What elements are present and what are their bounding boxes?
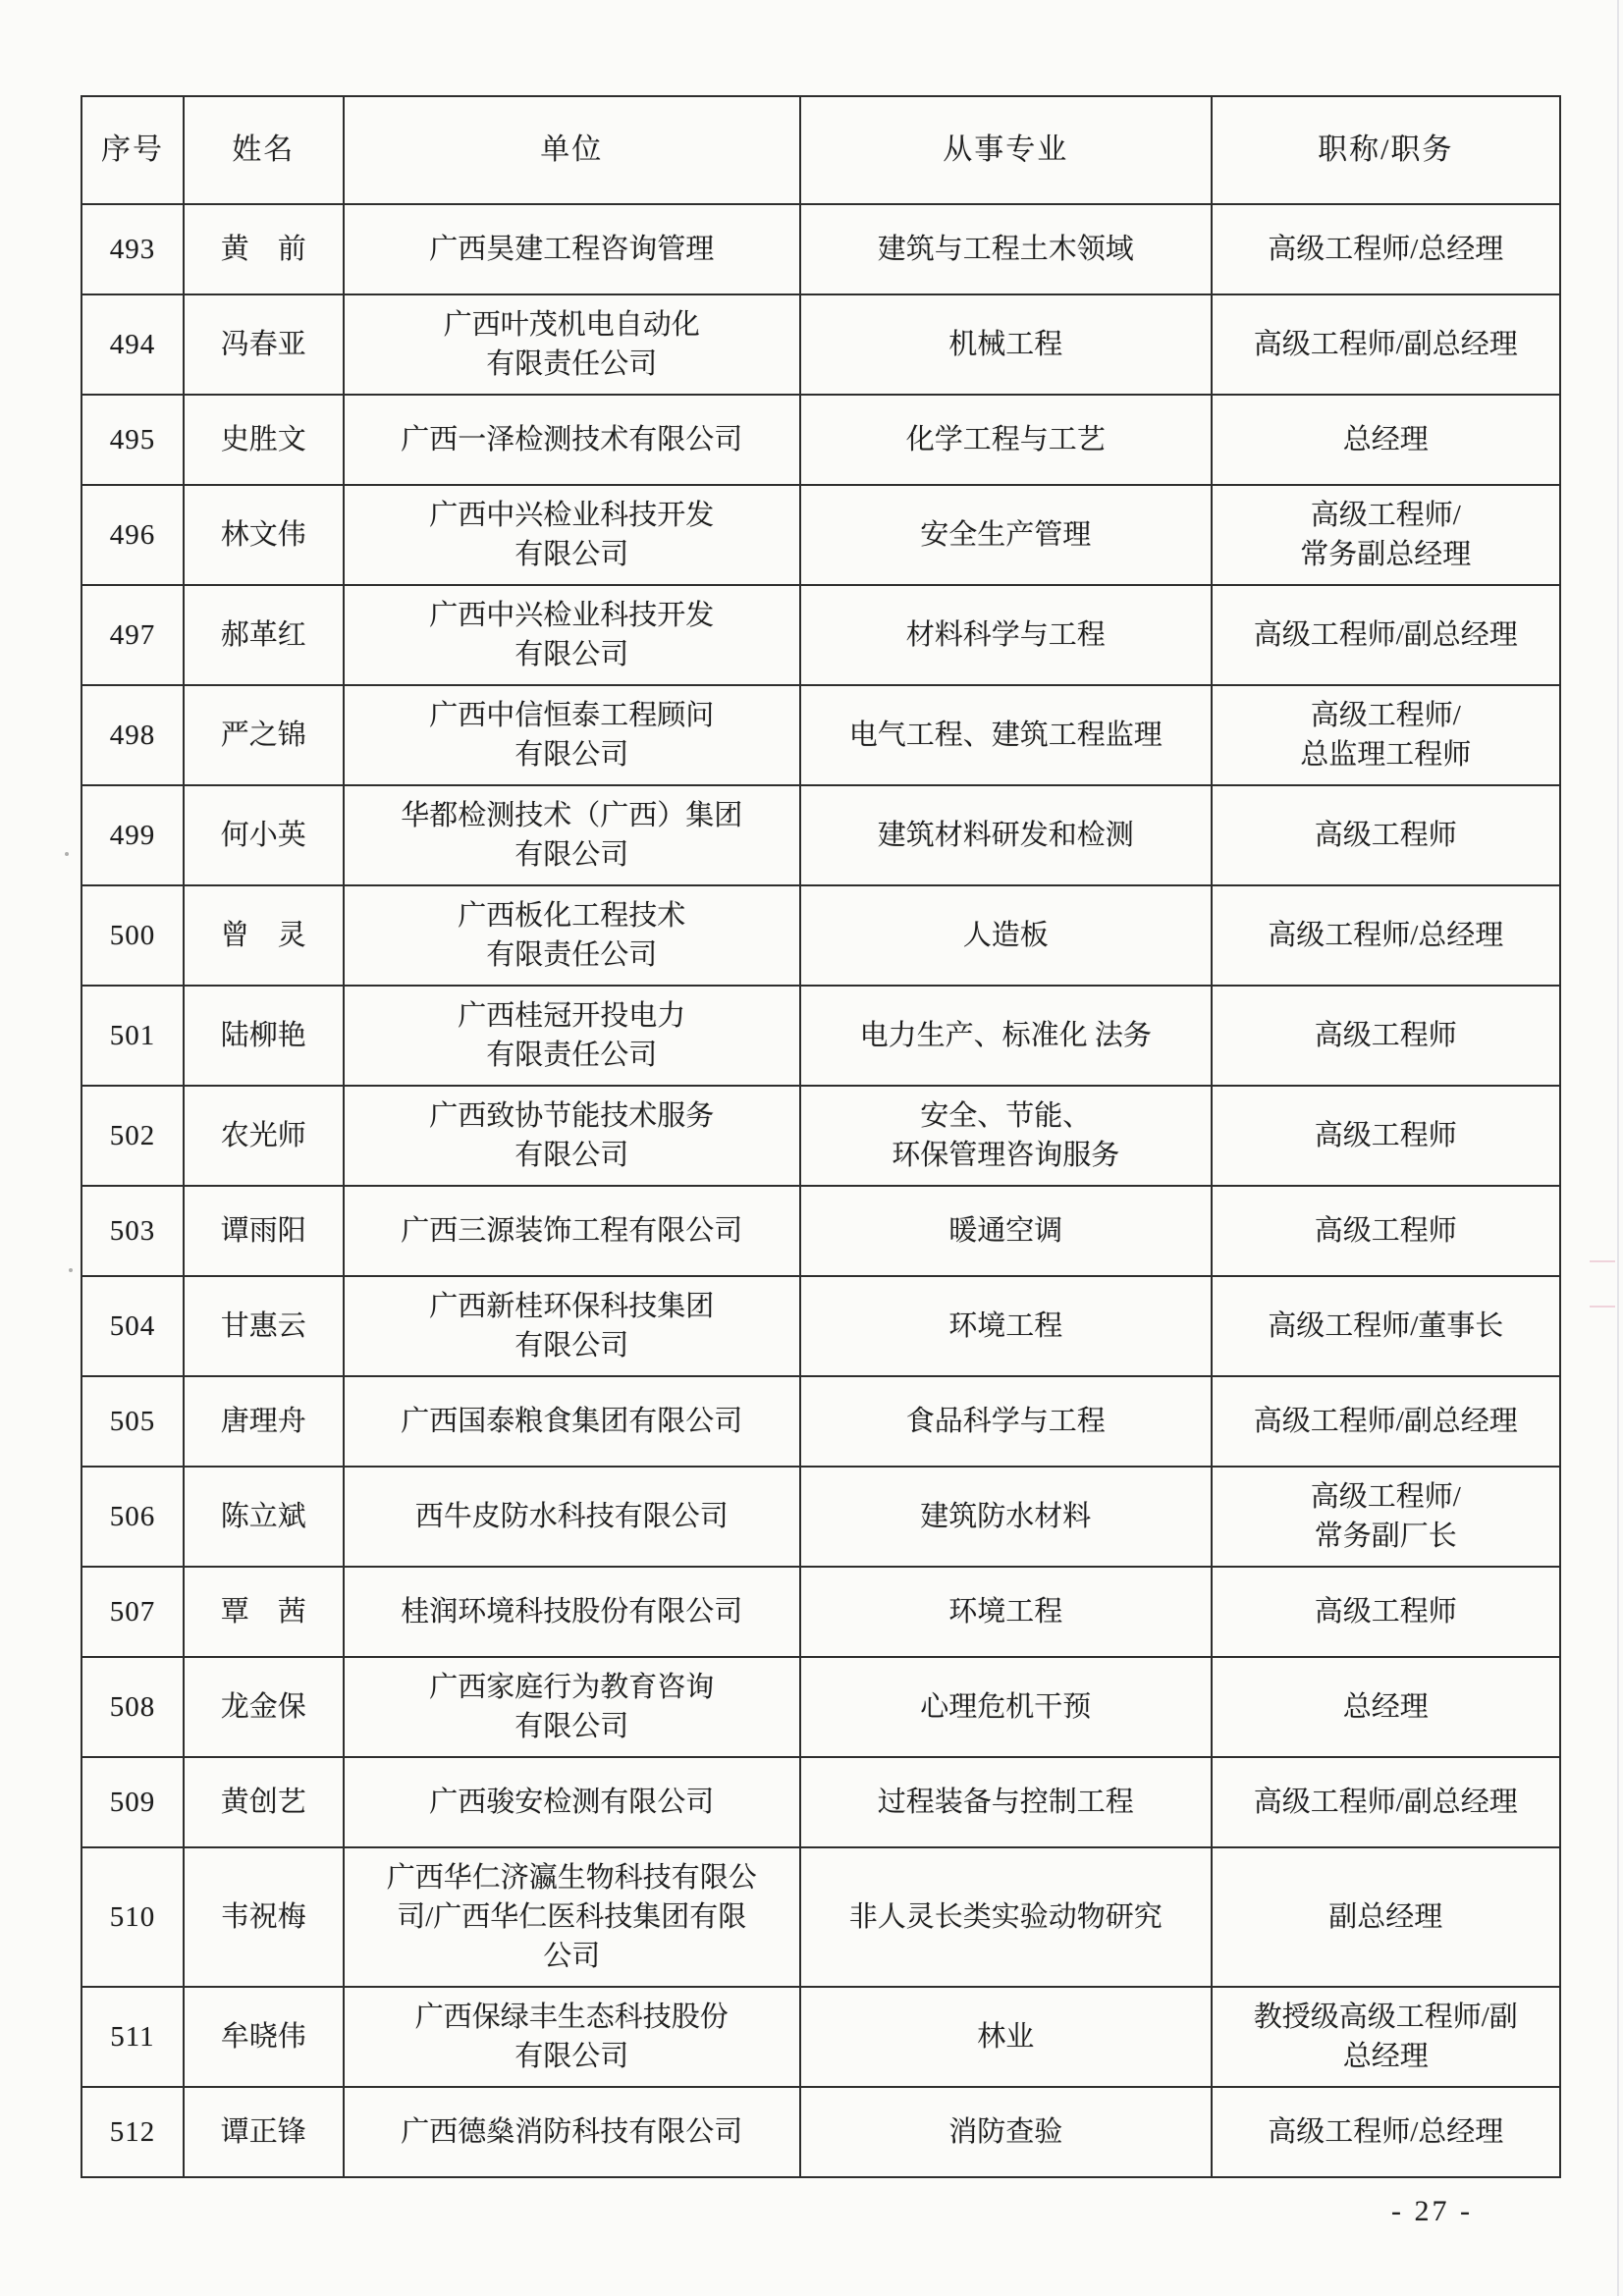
scan-speck xyxy=(69,1268,73,1272)
cell-title: 高级工程师/副总经理 xyxy=(1212,1757,1560,1847)
page-number: - 27 - xyxy=(1391,2195,1473,2228)
cell-title: 高级工程师/副总经理 xyxy=(1212,585,1560,685)
table-row: 506陈立斌西牛皮防水科技有限公司建筑防水材料高级工程师/ 常务副厂长 xyxy=(81,1467,1560,1567)
cell-org: 广西叶茂机电自动化 有限责任公司 xyxy=(344,294,800,395)
cell-name: 甘惠云 xyxy=(184,1276,344,1376)
column-header-no: 序号 xyxy=(81,96,184,204)
cell-name: 陈立斌 xyxy=(184,1467,344,1567)
cell-org: 广西三源装饰工程有限公司 xyxy=(344,1186,800,1276)
cell-field: 机械工程 xyxy=(800,294,1212,395)
cell-no: 497 xyxy=(81,585,184,685)
table-row: 503谭雨阳广西三源装饰工程有限公司暖通空调高级工程师 xyxy=(81,1186,1560,1276)
cell-no: 500 xyxy=(81,885,184,986)
cell-field: 建筑防水材料 xyxy=(800,1467,1212,1567)
cell-name: 黄 前 xyxy=(184,204,344,294)
cell-field: 心理危机干预 xyxy=(800,1657,1212,1757)
cell-no: 506 xyxy=(81,1467,184,1567)
table-row: 511牟晓伟广西保绿丰生态科技股份 有限公司林业教授级高级工程师/副 总经理 xyxy=(81,1987,1560,2087)
cell-name: 牟晓伟 xyxy=(184,1987,344,2087)
cell-no: 499 xyxy=(81,785,184,885)
cell-no: 510 xyxy=(81,1847,184,1987)
cell-field: 非人灵长类实验动物研究 xyxy=(800,1847,1212,1987)
column-header-name: 姓名 xyxy=(184,96,344,204)
cell-no: 494 xyxy=(81,294,184,395)
cell-title: 高级工程师/ 常务副总经理 xyxy=(1212,485,1560,585)
scan-speck xyxy=(65,852,69,856)
cell-name: 史胜文 xyxy=(184,395,344,485)
cell-field: 化学工程与工艺 xyxy=(800,395,1212,485)
table-body: 493黄 前广西昊建工程咨询管理建筑与工程土木领域高级工程师/总经理494冯春亚… xyxy=(81,204,1560,2177)
scan-tick-artifact xyxy=(1590,1260,1615,1262)
table-row: 510韦祝梅广西华仁济瀛生物科技有限公 司/广西华仁医科技集团有限 公司非人灵长… xyxy=(81,1847,1560,1987)
cell-field: 建筑与工程土木领域 xyxy=(800,204,1212,294)
cell-title: 高级工程师/副总经理 xyxy=(1212,1376,1560,1467)
cell-field: 安全生产管理 xyxy=(800,485,1212,585)
cell-name: 曾 灵 xyxy=(184,885,344,986)
cell-no: 504 xyxy=(81,1276,184,1376)
cell-org: 广西板化工程技术 有限责任公司 xyxy=(344,885,800,986)
header-row: 序号姓名单位从事专业职称/职务 xyxy=(81,96,1560,204)
cell-field: 安全、节能、 环保管理咨询服务 xyxy=(800,1086,1212,1186)
cell-title: 高级工程师 xyxy=(1212,986,1560,1086)
cell-org: 广西新桂环保科技集团 有限公司 xyxy=(344,1276,800,1376)
cell-org: 广西骏安检测有限公司 xyxy=(344,1757,800,1847)
table-row: 499何小英华都检测技术（广西）集团 有限公司建筑材料研发和检测高级工程师 xyxy=(81,785,1560,885)
personnel-roster-table: 序号姓名单位从事专业职称/职务 493黄 前广西昊建工程咨询管理建筑与工程土木领… xyxy=(81,95,1561,2178)
cell-name: 谭雨阳 xyxy=(184,1186,344,1276)
cell-org: 广西国泰粮食集团有限公司 xyxy=(344,1376,800,1467)
scan-tick-artifact xyxy=(1590,1306,1615,1308)
cell-no: 493 xyxy=(81,204,184,294)
cell-title: 高级工程师/董事长 xyxy=(1212,1276,1560,1376)
cell-title: 高级工程师 xyxy=(1212,1567,1560,1657)
cell-field: 环境工程 xyxy=(800,1276,1212,1376)
cell-name: 谭正锋 xyxy=(184,2087,344,2177)
cell-org: 广西中信恒泰工程顾问 有限公司 xyxy=(344,685,800,785)
table-row: 508龙金保广西家庭行为教育咨询 有限公司心理危机干预总经理 xyxy=(81,1657,1560,1757)
cell-name: 覃 茜 xyxy=(184,1567,344,1657)
cell-title: 教授级高级工程师/副 总经理 xyxy=(1212,1987,1560,2087)
cell-no: 495 xyxy=(81,395,184,485)
cell-field: 材料科学与工程 xyxy=(800,585,1212,685)
cell-org: 广西中兴检业科技开发 有限公司 xyxy=(344,585,800,685)
cell-no: 508 xyxy=(81,1657,184,1757)
cell-title: 高级工程师/ 常务副厂长 xyxy=(1212,1467,1560,1567)
table-row: 502农光师广西致协节能技术服务 有限公司安全、节能、 环保管理咨询服务高级工程… xyxy=(81,1086,1560,1186)
table-row: 501陆柳艳广西桂冠开投电力 有限责任公司电力生产、标准化 法务高级工程师 xyxy=(81,986,1560,1086)
table-row: 509黄创艺广西骏安检测有限公司过程装备与控制工程高级工程师/副总经理 xyxy=(81,1757,1560,1847)
table-row: 512谭正锋广西德燊消防科技有限公司消防查验高级工程师/总经理 xyxy=(81,2087,1560,2177)
cell-org: 广西保绿丰生态科技股份 有限公司 xyxy=(344,1987,800,2087)
table-row: 495史胜文广西一泽检测技术有限公司化学工程与工艺总经理 xyxy=(81,395,1560,485)
table-row: 496林文伟广西中兴检业科技开发 有限公司安全生产管理高级工程师/ 常务副总经理 xyxy=(81,485,1560,585)
cell-org: 广西中兴检业科技开发 有限公司 xyxy=(344,485,800,585)
cell-org: 华都检测技术（广西）集团 有限公司 xyxy=(344,785,800,885)
cell-name: 冯春亚 xyxy=(184,294,344,395)
cell-org: 广西华仁济瀛生物科技有限公 司/广西华仁医科技集团有限 公司 xyxy=(344,1847,800,1987)
table-row: 498严之锦广西中信恒泰工程顾问 有限公司电气工程、建筑工程监理高级工程师/ 总… xyxy=(81,685,1560,785)
cell-field: 食品科学与工程 xyxy=(800,1376,1212,1467)
cell-org: 广西昊建工程咨询管理 xyxy=(344,204,800,294)
cell-title: 高级工程师/总经理 xyxy=(1212,2087,1560,2177)
cell-field: 环境工程 xyxy=(800,1567,1212,1657)
column-header-org: 单位 xyxy=(344,96,800,204)
table-row: 497郝革红广西中兴检业科技开发 有限公司材料科学与工程高级工程师/副总经理 xyxy=(81,585,1560,685)
cell-title: 高级工程师 xyxy=(1212,1186,1560,1276)
cell-no: 505 xyxy=(81,1376,184,1467)
cell-title: 高级工程师/总经理 xyxy=(1212,885,1560,986)
table-row: 494冯春亚广西叶茂机电自动化 有限责任公司机械工程高级工程师/副总经理 xyxy=(81,294,1560,395)
cell-no: 512 xyxy=(81,2087,184,2177)
cell-no: 509 xyxy=(81,1757,184,1847)
column-header-title: 职称/职务 xyxy=(1212,96,1560,204)
cell-name: 何小英 xyxy=(184,785,344,885)
cell-field: 人造板 xyxy=(800,885,1212,986)
cell-field: 暖通空调 xyxy=(800,1186,1212,1276)
cell-org: 广西家庭行为教育咨询 有限公司 xyxy=(344,1657,800,1757)
cell-org: 西牛皮防水科技有限公司 xyxy=(344,1467,800,1567)
cell-name: 严之锦 xyxy=(184,685,344,785)
cell-field: 消防查验 xyxy=(800,2087,1212,2177)
cell-name: 龙金保 xyxy=(184,1657,344,1757)
cell-name: 林文伟 xyxy=(184,485,344,585)
cell-title: 高级工程师/ 总监理工程师 xyxy=(1212,685,1560,785)
column-header-field: 从事专业 xyxy=(800,96,1212,204)
scan-edge-artifact xyxy=(1617,0,1619,2296)
cell-org: 广西致协节能技术服务 有限公司 xyxy=(344,1086,800,1186)
cell-name: 郝革红 xyxy=(184,585,344,685)
cell-title: 总经理 xyxy=(1212,395,1560,485)
scanned-document-page: 序号姓名单位从事专业职称/职务 493黄 前广西昊建工程咨询管理建筑与工程土木领… xyxy=(0,0,1623,2296)
cell-no: 507 xyxy=(81,1567,184,1657)
table-row: 505唐理舟广西国泰粮食集团有限公司食品科学与工程高级工程师/副总经理 xyxy=(81,1376,1560,1467)
cell-no: 498 xyxy=(81,685,184,785)
cell-title: 副总经理 xyxy=(1212,1847,1560,1987)
cell-field: 林业 xyxy=(800,1987,1212,2087)
cell-title: 高级工程师/总经理 xyxy=(1212,204,1560,294)
table-row: 500曾 灵广西板化工程技术 有限责任公司人造板高级工程师/总经理 xyxy=(81,885,1560,986)
table-row: 507覃 茜桂润环境科技股份有限公司环境工程高级工程师 xyxy=(81,1567,1560,1657)
cell-title: 高级工程师 xyxy=(1212,785,1560,885)
cell-field: 建筑材料研发和检测 xyxy=(800,785,1212,885)
cell-name: 黄创艺 xyxy=(184,1757,344,1847)
table-row: 504甘惠云广西新桂环保科技集团 有限公司环境工程高级工程师/董事长 xyxy=(81,1276,1560,1376)
cell-no: 501 xyxy=(81,986,184,1086)
cell-field: 过程装备与控制工程 xyxy=(800,1757,1212,1847)
cell-name: 陆柳艳 xyxy=(184,986,344,1086)
cell-no: 496 xyxy=(81,485,184,585)
cell-field: 电气工程、建筑工程监理 xyxy=(800,685,1212,785)
table-row: 493黄 前广西昊建工程咨询管理建筑与工程土木领域高级工程师/总经理 xyxy=(81,204,1560,294)
cell-no: 502 xyxy=(81,1086,184,1186)
cell-no: 503 xyxy=(81,1186,184,1276)
cell-name: 农光师 xyxy=(184,1086,344,1186)
cell-title: 高级工程师/副总经理 xyxy=(1212,294,1560,395)
cell-field: 电力生产、标准化 法务 xyxy=(800,986,1212,1086)
cell-title: 总经理 xyxy=(1212,1657,1560,1757)
cell-org: 广西德燊消防科技有限公司 xyxy=(344,2087,800,2177)
cell-org: 广西桂冠开投电力 有限责任公司 xyxy=(344,986,800,1086)
table-header-row: 序号姓名单位从事专业职称/职务 xyxy=(81,96,1560,204)
cell-org: 广西一泽检测技术有限公司 xyxy=(344,395,800,485)
cell-org: 桂润环境科技股份有限公司 xyxy=(344,1567,800,1657)
cell-name: 唐理舟 xyxy=(184,1376,344,1467)
cell-no: 511 xyxy=(81,1987,184,2087)
cell-name: 韦祝梅 xyxy=(184,1847,344,1987)
cell-title: 高级工程师 xyxy=(1212,1086,1560,1186)
